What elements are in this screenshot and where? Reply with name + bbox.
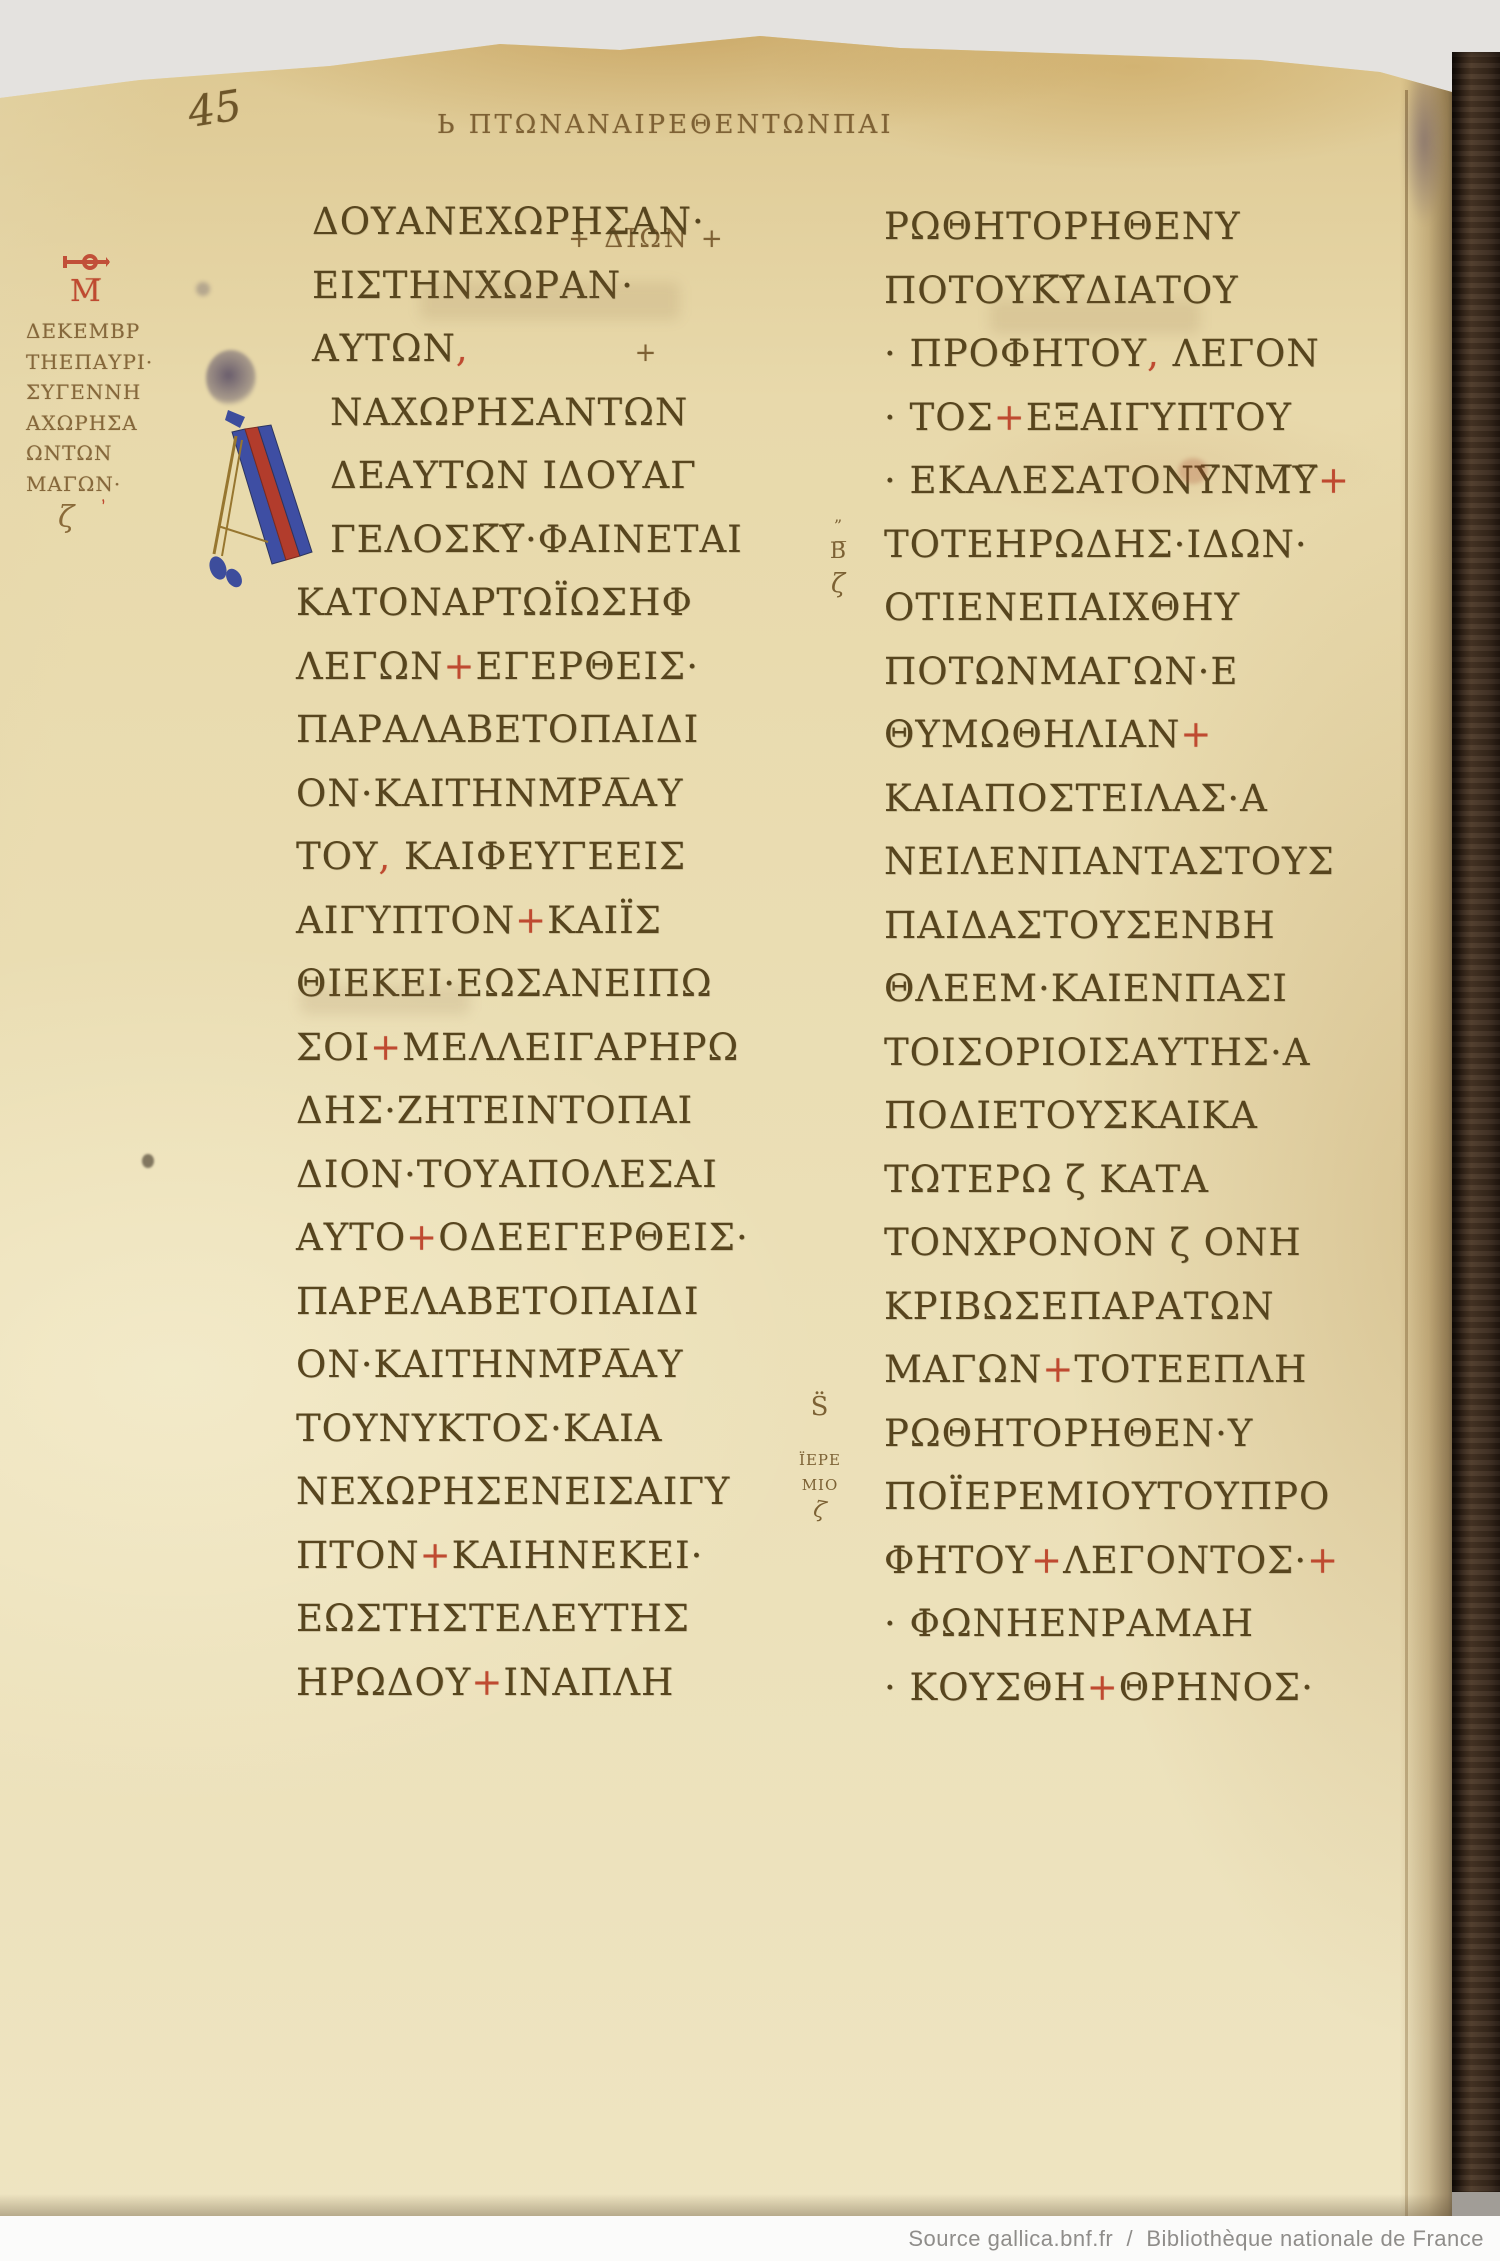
manuscript-line: ΗΡΩΔΟΥ+ΙΝΑΠΛΗ: [296, 1651, 796, 1715]
manuscript-line: ΤΩΤΕΡΩ ζ ΚΑΤΑ: [884, 1148, 1404, 1212]
rubric-mark: ,: [1147, 332, 1160, 375]
manuscript-line: ΝΑΧΩΡΗΣΑΝΤΩΝ: [296, 381, 796, 445]
page-edge-line: [1405, 90, 1408, 2216]
manuscript-line: ΚΑΙΑΠΟΣΤΕΙΛΑΣ·Α: [884, 767, 1404, 831]
left-text-column: ΔΟΥΑΝΕΧΩΡΗΣΑΝ·ΕΙΣΤΗΝΧΩΡΑΝ·ΑΥΤΩΝ,ΝΑΧΩΡΗΣΑ…: [296, 190, 796, 1714]
manuscript-line: ΑΥΤΩΝ,: [296, 317, 796, 381]
bleed-through: [990, 300, 1200, 334]
manuscript-line: · ΚΟΥΣΘΗ+ΘΡΗΝΟΣ·: [884, 1656, 1404, 1720]
manuscript-line: ΣΟΙ+ΜΕΛΛΕΙΓΑΡΗΡΩ: [296, 1016, 796, 1080]
manuscript-line: Β̅: [806, 536, 870, 568]
manuscript-line: ΚΡΙΒΩΣΕΠΑΡΑΤΩΝ: [884, 1275, 1404, 1339]
rubric-mark: +: [1318, 459, 1350, 502]
manuscript-line: ΟΤΙΕΝΕΠΑΙΧΘΗΥ: [884, 576, 1404, 640]
manuscript-line: ΤΟΙΣΟΡΙΟΙΣΑΥΤΗΣ·Α: [884, 1021, 1404, 1085]
gutter-smudge: [1402, 56, 1446, 226]
rubric-mark: +: [1307, 1539, 1339, 1582]
key-ornament-icon: [62, 252, 112, 272]
manuscript-line: ΤΗΕΠΑΥΡΙ·: [26, 347, 186, 378]
gutter-section-numeral: ”Β̅ζ: [806, 516, 870, 600]
manuscript-line: ΟΝ·ΚΑΙΤΗΝΜ̅Ρ̅Α̅ΑΥ: [296, 762, 796, 826]
manuscript-line: ΑΧΩΡΗΣΑ: [26, 408, 186, 439]
manuscript-line: ΠΟΪΕΡΕΜΙΟΥΤΟΥΠΡΟ: [884, 1465, 1404, 1529]
manuscript-line: ΔΕΑΥΤΩΝ ΙΔΟΥΑΓ: [296, 444, 796, 508]
manuscript-line: ΔΙΟΝ·ΤΟΥΑΠΟΛΕΣΑΙ: [296, 1143, 796, 1207]
stain-speck: [142, 1154, 154, 1168]
gutter-prophet-reference: S̈ΪΕΡΕΜΙΟζ: [790, 1392, 850, 1523]
page-bottom-shadow: [0, 2194, 1452, 2216]
manuscript-line: ΪΕΡΕ: [790, 1448, 850, 1473]
manuscript-line: ΤΟΤΕΗΡΩΔΗΣ·ΙΔΩΝ·: [884, 513, 1404, 577]
manuscript-line: ζ: [806, 568, 870, 600]
folio-number: 45: [184, 80, 244, 137]
rubric-mark: ,: [456, 327, 469, 370]
manuscript-line: ΠΟΤΩΝΜΑΓΩΝ·Ε: [884, 640, 1404, 704]
manuscript-line: ΠΑΡΕΛΑΒΕΤΟΠΑΙΔΙ: [296, 1270, 796, 1334]
margin-month-initial: Μ̅: [70, 274, 102, 309]
manuscript-line: ΛΕΓΩΝ+ΕΓΕΡΘΕΙΣ·: [296, 635, 796, 699]
manuscript-line: ΔΟΥΑΝΕΧΩΡΗΣΑΝ·: [296, 190, 796, 254]
manuscript-line: ΡΩΘΗΤΟΡΗΘΕΝ·Υ: [884, 1402, 1404, 1466]
manuscript-line: ΔΗΣ·ΖΗΤΕΙΝΤΟΠΑΙ: [296, 1079, 796, 1143]
rubric-mark: +: [1031, 1539, 1063, 1582]
source-credit-text: Source gallica.bnf.fr / Bibliothèque nat…: [908, 2226, 1500, 2252]
margin-note-text: ΔΕΚΕΜΒΡΤΗΕΠΑΥΡΙ·ΣΥΓΕΝΝΗΑΧΩΡΗΣΑΩΝΤΩΝΜΑΓΩΝ…: [26, 316, 186, 499]
manuscript-line: ΜΑΓΩΝ+ΤΟΤΕΕΠΛΗ: [884, 1338, 1404, 1402]
source-credit-bar: Source gallica.bnf.fr / Bibliothèque nat…: [0, 2216, 1500, 2261]
rubric-mark: +: [420, 1534, 452, 1577]
manuscript-line: ΤΟΥ, ΚΑΙΦΕΥΓΕΕΙΣ: [296, 825, 796, 889]
manuscript-line: ΘΥΜΩΘΗΛΙΑΝ+: [884, 703, 1404, 767]
rubric-mark: +: [471, 1661, 503, 1704]
manuscript-line: ΑΙΓΥΠΤΟΝ+ΚΑΙΪΣ: [296, 889, 796, 953]
book-binding-edge: [1452, 52, 1500, 2216]
manuscript-line: S̈: [790, 1392, 850, 1422]
manuscript-line: ζ: [788, 1493, 851, 1528]
stain-speck: [1178, 458, 1208, 484]
manuscript-line: ΠΟΔΙΕΤΟΥΣΚΑΙΚΑ: [884, 1084, 1404, 1148]
manuscript-line: ΓΕΛΟΣΚ̅Υ̅·ΦΑΙΝΕΤΑΙ: [296, 508, 796, 572]
rubric-mark: +: [1042, 1348, 1074, 1391]
manuscript-line: ΡΩΘΗΤΟΡΗΘΕΝΥ: [884, 195, 1404, 259]
manuscript-line: ΦΗΤΟΥ+ΛΕΓΟΝΤΟΣ·+: [884, 1529, 1404, 1593]
manuscript-line: ΔΕΚΕΜΒΡ: [26, 316, 186, 347]
stain-speck: [196, 282, 210, 296]
manuscript-line: ΝΕΧΩΡΗΣΕΝΕΙΣΑΙΓΥ: [296, 1460, 796, 1524]
bleed-through: [300, 985, 470, 1015]
manuscript-line: ΚΑΤΟΝΑΡΤΩΪΩΣΗΦ: [296, 571, 796, 635]
rubric-mark: +: [994, 396, 1026, 439]
right-text-column: ΡΩΘΗΤΟΡΗΘΕΝΥΠΟΤΟΥΚ̅Υ̅ΔΙΑΤΟΥ· ΠΡΟΦΗΤΟΥ, Λ…: [884, 195, 1404, 1719]
rubric-mark: +: [370, 1026, 402, 1069]
manuscript-line: ΠΑΡΑΛΑΒΕΤΟΠΑΙΔΙ: [296, 698, 796, 762]
manuscript-line: ΟΝ·ΚΑΙΤΗΝΜ̅Ρ̅Α̅ΑΥ: [296, 1333, 796, 1397]
rubric-mark: +: [443, 645, 475, 688]
manuscript-line: ΕΩΣΤΗΣΤΕΛΕΥΤΗΣ: [296, 1587, 796, 1651]
manuscript-line: ΑΥΤΟ+ΟΔΕΕΓΕΡΘΕΙΣ·: [296, 1206, 796, 1270]
manuscript-line: ΤΟΥΝΥΚΤΟΣ·ΚΑΙΑ: [296, 1397, 796, 1461]
rubric-mark: ,: [378, 835, 391, 878]
parchment-page: Ь ΠΤΩΝΑΝΑΙΡΕΘΕΝΤΩΝΠΑΙ + ΔΙΩΝ + + 45 Μ̅ Δ…: [0, 0, 1452, 2216]
running-title-line1: Ь ΠΤΩΝΑΝΑΙΡΕΘΕΝΤΩΝΠΑΙ: [437, 106, 857, 144]
manuscript-line: ΠΤΟΝ+ΚΑΙΗΝΕΚΕΙ·: [296, 1524, 796, 1588]
manuscript-line: · ΦΩΝΗΕΝΡΑΜΑΗ: [884, 1592, 1404, 1656]
manuscript-line: ΝΕΙΛΕΝΠΑΝΤΑΣΤΟΥΣ: [884, 830, 1404, 894]
manuscript-line: ΠΑΙΔΑΣΤΟΥΣΕΝΒΗ: [884, 894, 1404, 958]
rubric-mark: +: [406, 1216, 438, 1259]
rubric-mark: +: [515, 899, 547, 942]
manuscript-line: ΜΑΓΩΝ·: [26, 469, 186, 500]
manuscript-line: · ΤΟΣ+ΕΞΑΙΓΥΠΤΟΥ: [884, 386, 1404, 450]
rubric-mark: +: [1180, 713, 1212, 756]
margin-numeral: ζ: [58, 500, 74, 535]
manuscript-line: ΩΝΤΩΝ: [26, 438, 186, 469]
manuscript-line: ΣΥΓΕΝΝΗ: [26, 377, 186, 408]
ink-blot: [206, 350, 256, 406]
manuscript-line: ”: [806, 516, 870, 536]
bleed-through: [420, 282, 680, 320]
manuscript-line: ΘΛΕΕΜ·ΚΑΙΕΝΠΑΣΙ: [884, 957, 1404, 1021]
rubric-mark: +: [1087, 1666, 1119, 1709]
manuscript-line: · ΕΚΑΛΕΣΑΤΟΝΥ̅Ν̅Μ̅Υ̅+: [884, 449, 1404, 513]
manuscript-line: ΤΟΝΧΡΟΝΟΝ ζ ΟΝΗ: [884, 1211, 1404, 1275]
